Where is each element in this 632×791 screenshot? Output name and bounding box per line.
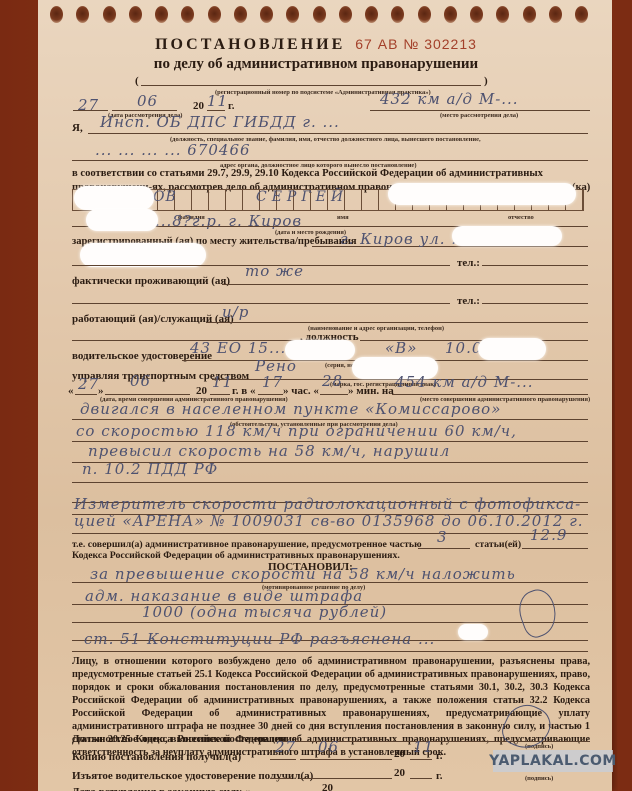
resolution-line-1: за превышение скорости на 58 км/ч наложи… (90, 565, 516, 583)
license-number: 43 ЕО 15... (190, 339, 286, 357)
first-name-value: СЕРГЕЙ (256, 189, 348, 205)
watermark: YAPLAKAL.COM (493, 750, 613, 772)
official-position: Инсп. ОБ ДПС ГИБДД г. ... (100, 113, 340, 131)
copy-day: 27 (275, 738, 296, 756)
review-place: 432 км а/д М-... (380, 90, 519, 108)
actual-address-value: то же (245, 262, 304, 280)
review-month: 06 (137, 92, 158, 110)
offense-month: 06 (130, 372, 151, 390)
registered-value: г. Киров ул. ... (340, 230, 469, 248)
circumstance-line-2: со скоростью 118 км/ч при ограничении 60… (76, 422, 517, 440)
document-subtitle: по делу об административном правонарушен… (0, 56, 632, 73)
redacted-address (452, 226, 562, 246)
circumstance-line-3: превысил скорость на 58 км/ч, нарушил (88, 442, 450, 460)
redacted-note (458, 624, 488, 640)
redacted-address-2 (80, 243, 206, 267)
review-year: 11 (207, 92, 228, 110)
circumstance-line-6: Измеритель скорости радиолокационный с ф… (74, 495, 581, 513)
copy-month: 06 (318, 738, 339, 756)
redacted-surname (74, 186, 154, 210)
redacted-birth (86, 209, 158, 231)
reg-number-line (141, 85, 481, 86)
circumstance-line-7: цией «АРЕНА» № 1009031 св-во 0135968 до … (74, 512, 584, 530)
review-day: 27 (78, 96, 99, 114)
resolution-line-5: ст. 51 Конституции РФ разъяснена ... (84, 630, 435, 648)
redacted-license-date (478, 338, 546, 360)
copy-year: 11 (413, 738, 434, 756)
circumstance-line-1: двигался в населенном пункте «Комиссаров… (80, 400, 501, 418)
resolution-line-3: 1000 (одна тысяча рублей) (142, 603, 387, 621)
spiral-binding (38, 0, 598, 34)
offense-place: 454 км а/д М-... (395, 373, 534, 391)
serial-number: 67 АВ № 302213 (355, 36, 477, 52)
offense-day: 27 (78, 375, 99, 393)
offense-part: 3 (437, 528, 448, 546)
work-value: и/р (222, 303, 249, 321)
official-name: ... ... ... ... 670466 (95, 141, 251, 159)
offense-article: 12.9 (530, 526, 567, 544)
surname-value: ОВ (153, 189, 177, 205)
circumstance-line-4: п. 10.2 ПДД РФ (82, 460, 218, 478)
birth-value: ...8?г.р. г. Киров (155, 212, 302, 230)
license-category: «В» (385, 339, 417, 357)
offense-year: 11 (212, 373, 233, 391)
redacted-patronymic (388, 183, 576, 205)
offense-hour: 17 (262, 373, 283, 391)
document-title: ПОСТАНОВЛЕНИЕ67 АВ № 302213 (0, 36, 632, 54)
offense-minute: 28 (322, 372, 343, 390)
